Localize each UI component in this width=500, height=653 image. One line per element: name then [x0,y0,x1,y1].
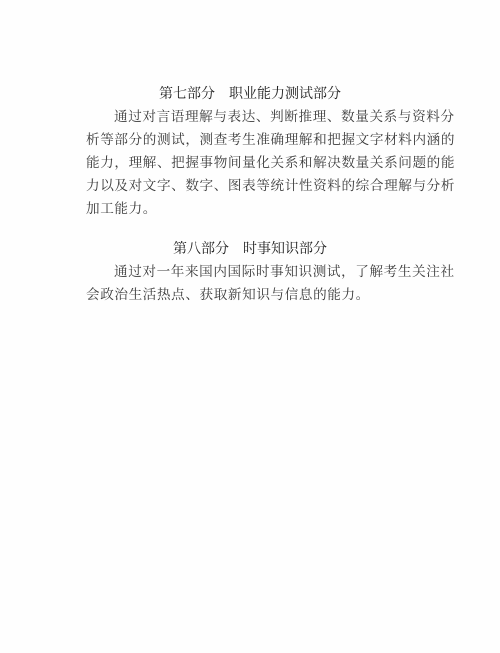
paragraph-line: 通过对言语理解与表达、判断推理、数量关系与资料分 [86,106,414,129]
paragraph-line: 析等部分的测试，测查考生准确理解和把握文字材料内涵的 [86,129,414,152]
paragraph-line: 力以及对文字、数字、图表等统计性资料的综合理解与分析 [86,175,414,198]
section-paragraph-part-7: 通过对言语理解与表达、判断推理、数量关系与资料分 析等部分的测试，测查考生准确理… [86,106,414,221]
paragraph-line: 通过对一年来国内国际时事知识测试，了解考生关注社 [86,261,414,284]
paragraph-line: 能力，理解、把握事物间量化关系和解决数量关系问题的能 [86,152,414,175]
section-title-part-8: 第八部分 时事知识部分 [0,241,500,257]
paragraph-line: 会政治生活热点、获取新知识与信息的能力。 [86,284,414,307]
document-page: 第七部分 职业能力测试部分 通过对言语理解与表达、判断推理、数量关系与资料分 析… [0,0,500,653]
paragraph-line: 加工能力。 [86,198,414,221]
section-title-part-7: 第七部分 职业能力测试部分 [0,86,500,102]
section-paragraph-part-8: 通过对一年来国内国际时事知识测试，了解考生关注社 会政治生活热点、获取新知识与信… [86,261,414,307]
